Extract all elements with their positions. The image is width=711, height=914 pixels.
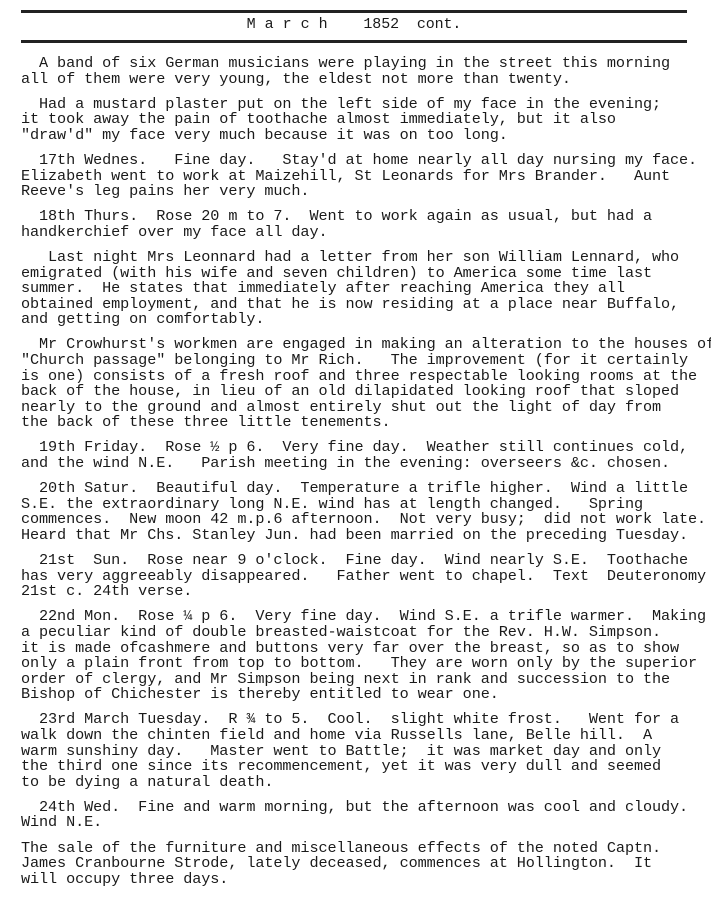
diary-paragraph: Had a mustard plaster put on the left si… <box>21 97 711 144</box>
text-line: and the wind N.E. Parish meeting in the … <box>21 456 711 472</box>
diary-paragraph: Mr Crowhurst's workmen are engaged in ma… <box>21 337 711 431</box>
header-suffix: cont. <box>417 16 462 33</box>
header-year: 1852 <box>363 16 399 33</box>
text-line: Reeve's leg pains her very much. <box>21 184 711 200</box>
text-line: Heard that Mr Chs. Stanley Jun. had been… <box>21 528 711 544</box>
text-line: and getting on comfortably. <box>21 312 711 328</box>
diary-paragraph: 22nd Mon. Rose ¼ p 6. Very fine day. Win… <box>21 609 711 703</box>
diary-paragraph: 18th Thurs. Rose 20 m to 7. Went to work… <box>21 209 711 240</box>
text-line: Wind N.E. <box>21 815 711 831</box>
diary-paragraph: 23rd March Tuesday. R ¾ to 5. Cool. slig… <box>21 712 711 790</box>
text-line: all of them were very young, the eldest … <box>21 72 711 88</box>
text-line: the back of these three little tenements… <box>21 415 711 431</box>
text-line: handkerchief over my face all day. <box>21 225 711 241</box>
text-line: will occupy three days. <box>21 872 711 888</box>
header-rule-bottom <box>21 40 687 43</box>
header-rule-top <box>21 10 687 13</box>
header-month: March <box>247 16 337 33</box>
diary-paragraph: 19th Friday. Rose ½ p 6. Very fine day. … <box>21 440 711 471</box>
text-line: Bishop of Chichester is thereby entitled… <box>21 687 711 703</box>
diary-paragraph: A band of six German musicians were play… <box>21 56 711 87</box>
diary-paragraph: 24th Wed. Fine and warm morning, but the… <box>21 800 711 831</box>
text-line: 24th Wed. Fine and warm morning, but the… <box>21 800 711 816</box>
diary-body: A band of six German musicians were play… <box>21 56 711 897</box>
text-line: 21st c. 24th verse. <box>21 584 711 600</box>
diary-paragraph: 21st Sun. Rose near 9 o'clock. Fine day.… <box>21 553 711 600</box>
text-line: "draw'd" my face very much because it wa… <box>21 128 711 144</box>
diary-paragraph: 17th Wednes. Fine day. Stay'd at home ne… <box>21 153 711 200</box>
text-line: to be dying a natural death. <box>21 775 711 791</box>
diary-paragraph: 20th Satur. Beautiful day. Temperature a… <box>21 481 711 543</box>
diary-paragraph: Last night Mrs Leonnard had a letter fro… <box>21 250 711 328</box>
diary-paragraph: The sale of the furniture and miscellane… <box>21 841 711 888</box>
page-header: March 1852 cont. <box>21 17 687 33</box>
